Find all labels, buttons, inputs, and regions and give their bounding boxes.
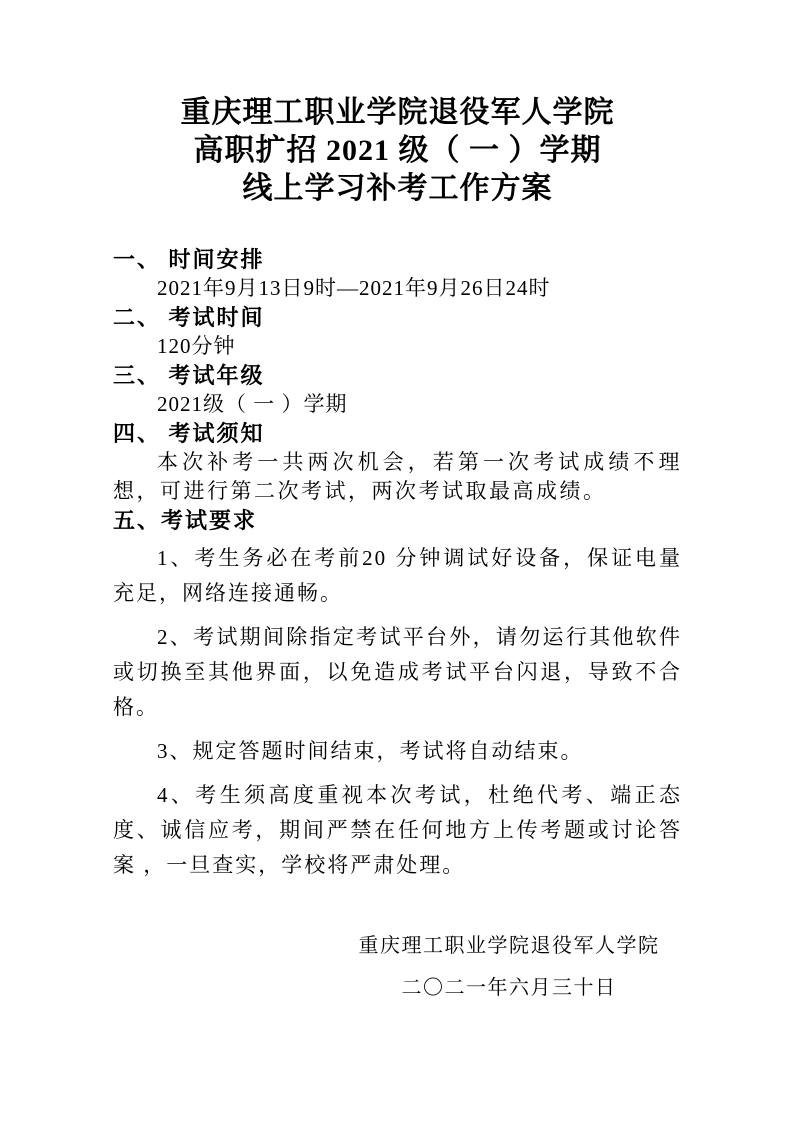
requirement-item-4: 4、考生须高度重视本次考试，杜绝代考、端正态度、诚信应考，期间严禁在任何地方上传… [113, 778, 682, 883]
document-title: 重庆理工职业学院退役军人学院 高职扩招 2021 级（ 一 ）学期 线上学习补考… [113, 94, 682, 208]
document-page: 重庆理工职业学院退役军人学院 高职扩招 2021 级（ 一 ）学期 线上学习补考… [0, 0, 793, 1122]
exam-notice-paragraph: 本次补考一共两次机会，若第一次考试成绩不理想，可进行第二次考试，两次考试取最高成… [113, 448, 682, 506]
section-heading-exam-notice: 四、 考试须知 [113, 419, 682, 448]
signature-org: 重庆理工职业学院退役军人学院 [344, 925, 674, 967]
section-heading-exam-grade: 三、 考试年级 [113, 361, 682, 390]
section-exam-duration: 二、 考试时间 120分钟 [113, 303, 682, 361]
section-heading-exam-duration: 二、 考试时间 [113, 303, 682, 332]
time-arrangement-value: 2021年9月13日9时—2021年9月26日24时 [113, 274, 682, 303]
document-body: 一、 时间安排 2021年9月13日9时—2021年9月26日24时 二、 考试… [113, 245, 682, 883]
title-line-1: 重庆理工职业学院退役军人学院 [113, 94, 682, 132]
title-line-2: 高职扩招 2021 级（ 一 ）学期 [113, 132, 682, 170]
section-exam-requirements: 五、考试要求 1、考生务必在考前20 分钟调试好设备，保证电量充足，网络连接通畅… [113, 506, 682, 883]
title-line-3: 线上学习补考工作方案 [113, 170, 682, 208]
section-exam-grade: 三、 考试年级 2021级（ 一 ）学期 [113, 361, 682, 419]
section-heading-exam-requirements: 五、考试要求 [113, 506, 682, 535]
requirement-item-2: 2、考试期间除指定考试平台外，请勿运行其他软件或切换至其他界面，以免造成考试平台… [113, 620, 682, 725]
signature-date: 二〇二一年六月三十日 [344, 967, 674, 1009]
exam-grade-value: 2021级（ 一 ）学期 [113, 390, 682, 419]
requirement-item-3: 3、规定答题时间结束，考试将自动结束。 [113, 734, 682, 769]
section-heading-time-arrangement: 一、 时间安排 [113, 245, 682, 274]
requirement-item-1: 1、考生务必在考前20 分钟调试好设备，保证电量充足，网络连接通畅。 [113, 541, 682, 611]
section-exam-notice: 四、 考试须知 本次补考一共两次机会，若第一次考试成绩不理想，可进行第二次考试，… [113, 419, 682, 506]
signature-block: 重庆理工职业学院退役军人学院 二〇二一年六月三十日 [344, 925, 674, 1009]
section-time-arrangement: 一、 时间安排 2021年9月13日9时—2021年9月26日24时 [113, 245, 682, 303]
exam-duration-value: 120分钟 [113, 332, 682, 361]
